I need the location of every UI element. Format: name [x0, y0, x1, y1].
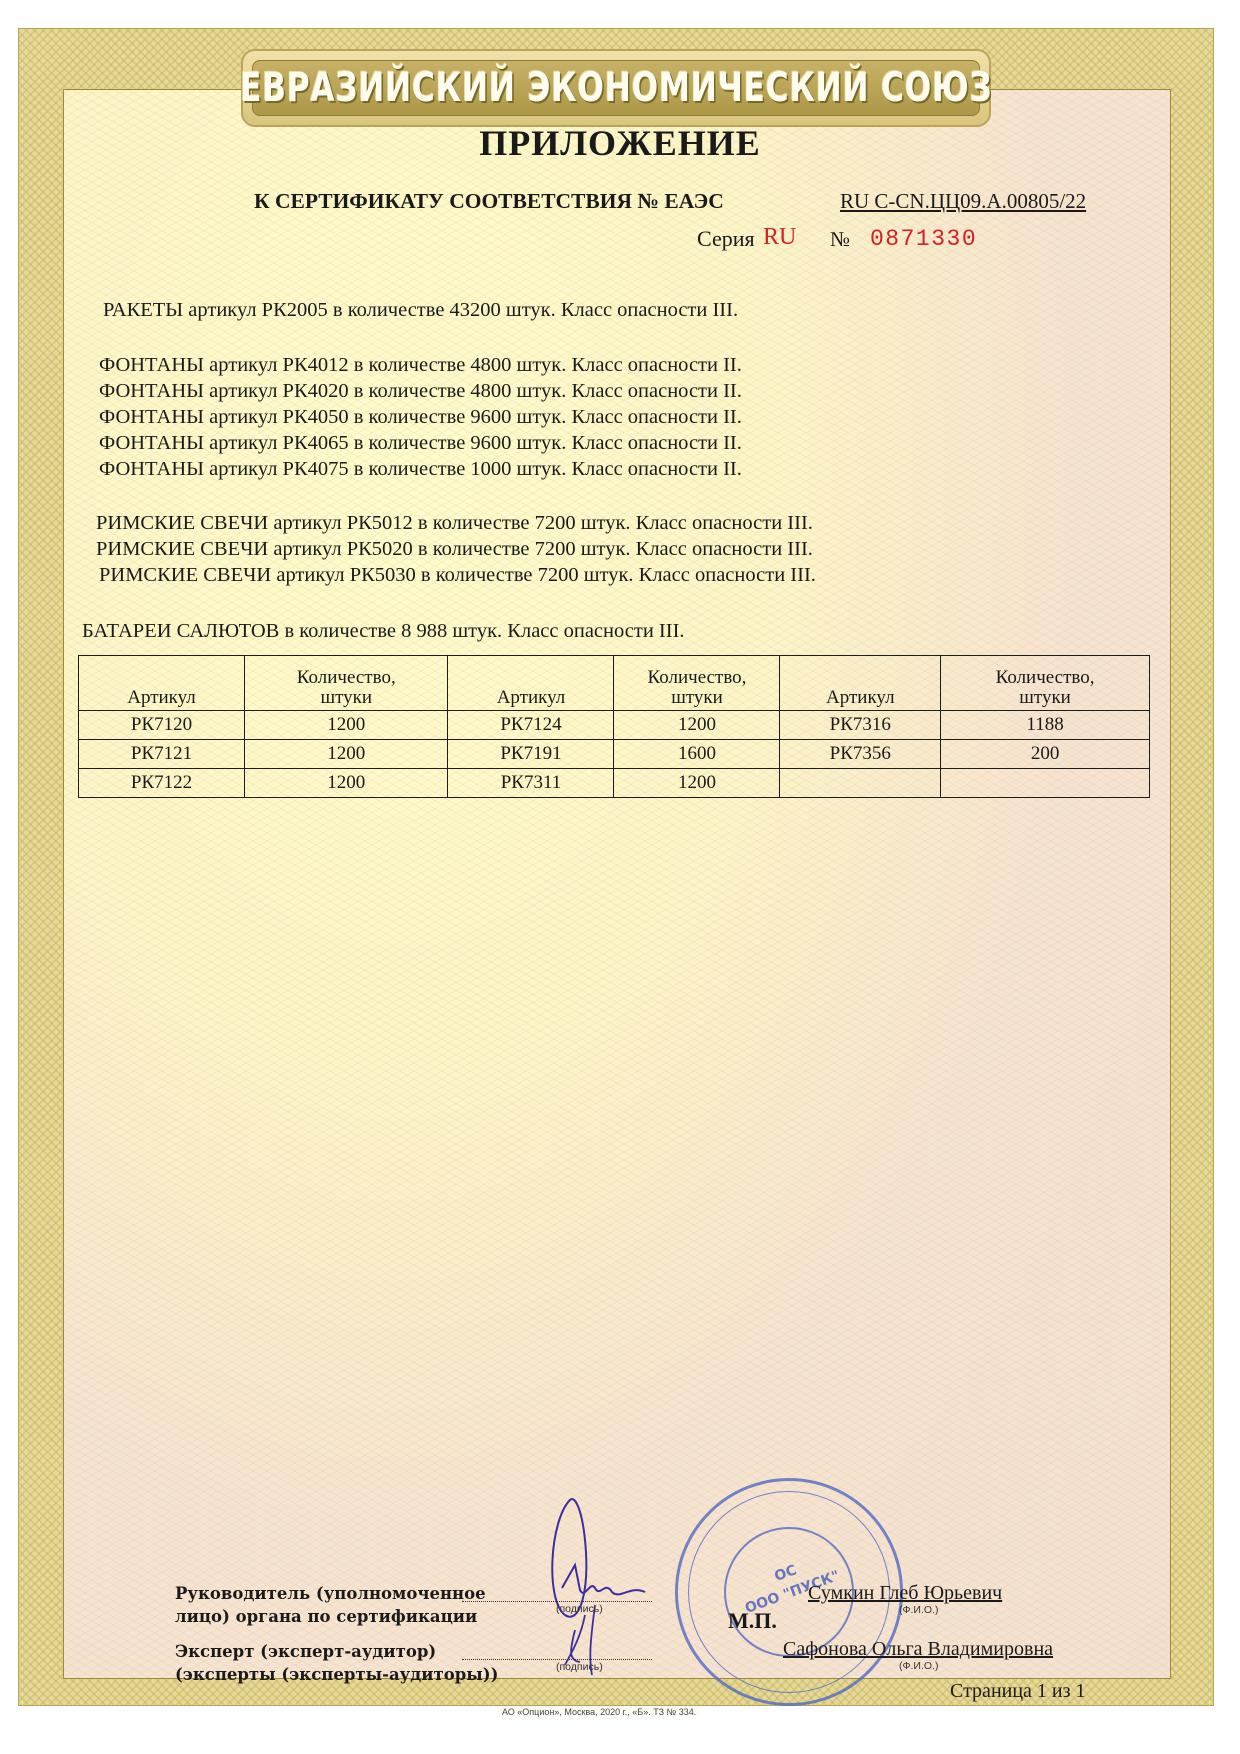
number-label: №	[830, 227, 850, 252]
table-cell: РК7121	[79, 740, 245, 769]
table-row: РК7122 1200 РК7311 1200	[79, 769, 1150, 798]
item-line: ФОНТАНЫ артикул РК4075 в количестве 1000…	[99, 458, 742, 481]
item-line: РИМСКИЕ СВЕЧИ артикул РК5020 в количеств…	[96, 538, 813, 561]
column-header: Артикул	[448, 656, 614, 711]
table-cell: РК7124	[448, 711, 614, 740]
batteries-table: Артикул Количество,штуки Артикул Количес…	[78, 655, 1150, 798]
union-banner-plate: ЕВРАЗИЙСКИЙ ЭКОНОМИЧЕСКИЙ СОЮЗ	[252, 60, 980, 116]
page-indicator: Страница 1 из 1	[950, 1680, 1086, 1703]
column-header: Количество,штуки	[941, 656, 1150, 711]
expert-signature-caption: (подпись)	[556, 1661, 603, 1673]
table-row: РК7121 1200 РК7191 1600 РК7356 200	[79, 740, 1150, 769]
table-cell: РК7356	[780, 740, 941, 769]
item-line: ФОНТАНЫ артикул РК4012 в количестве 4800…	[99, 354, 742, 377]
table-header-row: Артикул Количество,штуки Артикул Количес…	[79, 656, 1150, 711]
item-line: ФОНТАНЫ артикул РК4065 в количестве 9600…	[99, 432, 742, 455]
expert-fio-caption: (Ф.И.О.)	[899, 1660, 938, 1672]
item-line: РАКЕТЫ артикул РК2005 в количестве 43200…	[103, 299, 738, 322]
column-header: Артикул	[79, 656, 245, 711]
expert-label-line: Эксперт (эксперт-аудитор)	[175, 1640, 498, 1663]
table-cell: 1200	[245, 769, 448, 798]
blank-number: 0871330	[870, 226, 977, 252]
table-cell: 200	[941, 740, 1150, 769]
head-name: Сумкин Глеб Юрьевич	[808, 1582, 1002, 1605]
expert-signature-line	[462, 1659, 652, 1660]
column-header: Количество,штуки	[245, 656, 448, 711]
column-header-line: Количество,	[297, 667, 396, 688]
document-subtitle: К СЕРТИФИКАТУ СООТВЕТСТВИЯ № ЕАЭС	[254, 189, 724, 214]
item-line: РИМСКИЕ СВЕЧИ артикул РК5012 в количеств…	[96, 512, 813, 535]
item-line: РИМСКИЕ СВЕЧИ артикул РК5030 в количеств…	[99, 564, 816, 587]
head-signature-caption: (подпись)	[556, 1603, 603, 1615]
table-cell: РК7120	[79, 711, 245, 740]
table-cell	[941, 769, 1150, 798]
table-cell: РК7191	[448, 740, 614, 769]
table-cell: 1600	[614, 740, 780, 769]
series-value: RU	[763, 224, 796, 251]
table-cell: 1188	[941, 711, 1150, 740]
seal-label: М.П.	[728, 1608, 777, 1634]
item-line: БАТАРЕИ САЛЮТОВ в количестве 8 988 штук.…	[82, 620, 685, 643]
union-banner: ЕВРАЗИЙСКИЙ ЭКОНОМИЧЕСКИЙ СОЮЗ	[241, 49, 991, 127]
table-row: РК7120 1200 РК7124 1200 РК7316 1188	[79, 711, 1150, 740]
table-cell: РК7122	[79, 769, 245, 798]
head-label-line: лицо) органа по сертификации	[175, 1605, 486, 1628]
column-header: Артикул	[780, 656, 941, 711]
column-header: Количество,штуки	[614, 656, 780, 711]
table-cell: РК7316	[780, 711, 941, 740]
table-cell	[780, 769, 941, 798]
column-header-line: Количество,	[996, 667, 1095, 688]
column-header-line: штуки	[320, 687, 372, 708]
series-label: Серия	[697, 226, 755, 252]
expert-name: Сафонова Ольга Владимировна	[783, 1638, 1053, 1661]
table-cell: РК7311	[448, 769, 614, 798]
expert-label-line: (эксперты (эксперты-аудиторы))	[175, 1663, 498, 1686]
table-cell: 1200	[614, 769, 780, 798]
head-fio-caption: (Ф.И.О.)	[899, 1604, 938, 1616]
table-cell: 1200	[245, 740, 448, 769]
item-line: ФОНТАНЫ артикул РК4020 в количестве 4800…	[99, 380, 742, 403]
printer-imprint: АО «Опцион», Москва, 2020 г., «Б». ТЗ № …	[498, 1707, 700, 1717]
column-header-line: Количество,	[648, 667, 747, 688]
table-cell: 1200	[614, 711, 780, 740]
item-line: ФОНТАНЫ артикул РК4050 в количестве 9600…	[99, 406, 742, 429]
column-header-line: штуки	[671, 687, 723, 708]
column-header-line: штуки	[1019, 687, 1071, 708]
head-label-line: Руководитель (уполномоченное	[175, 1582, 486, 1605]
head-signature-line	[462, 1601, 652, 1602]
table-cell: 1200	[245, 711, 448, 740]
certificate-border: ЕВРАЗИЙСКИЙ ЭКОНОМИЧЕСКИЙ СОЮЗ	[18, 28, 1214, 1706]
head-label: Руководитель (уполномоченное лицо) орган…	[175, 1582, 486, 1628]
document-title: ПРИЛОЖЕНИЕ	[0, 122, 1240, 164]
expert-label: Эксперт (эксперт-аудитор) (эксперты (экс…	[175, 1640, 498, 1686]
certificate-number: RU C-CN.ЦЦ09.А.00805/22	[840, 189, 1086, 214]
union-banner-text: ЕВРАЗИЙСКИЙ ЭКОНОМИЧЕСКИЙ СОЮЗ	[240, 65, 992, 111]
certificate-body	[63, 89, 1171, 1679]
